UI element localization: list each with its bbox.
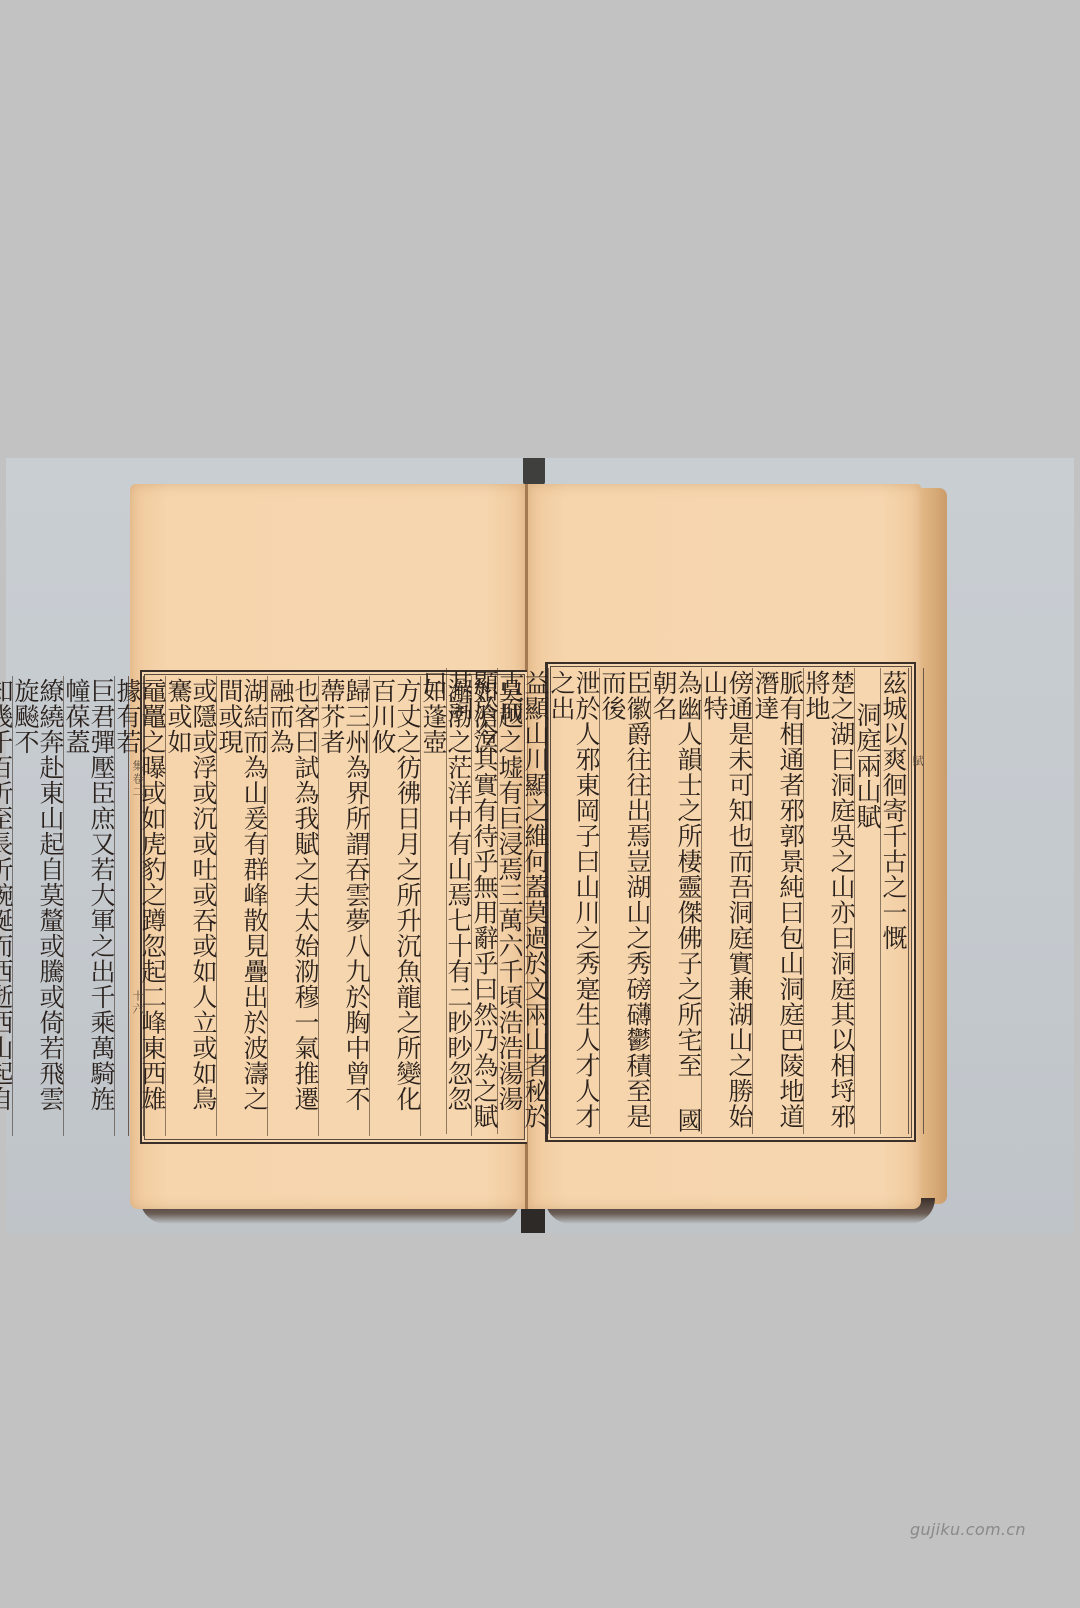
text-column: 黿鼉之曝或如虎豹之蹲忽起二峰東西雄據有若	[114, 676, 165, 1136]
text-column: 楚之湖曰洞庭吳之山亦曰洞庭其以相埒邪將地	[803, 668, 854, 1134]
text-column: 臣徽爵往往出焉豈湖山之秀磅礴鬱積至是而後	[599, 668, 650, 1134]
right-page-center-strip	[908, 668, 924, 1134]
site-watermark: gujiku.com.cn	[910, 1520, 1026, 1539]
text-column: 脈有相通者邪郭景純曰包山洞庭巴陵地道潛達	[752, 668, 803, 1134]
text-column: 曰	[421, 668, 446, 1134]
text-column: 歸三州為界所謂吞雲夢八九於胸中曾不蔕芥者	[318, 676, 369, 1136]
essay-title: 洞庭兩山賦	[854, 668, 880, 1134]
text-column: 或隱或浮或沉或吐或吞或如人立或如鳥騫或如	[165, 676, 216, 1136]
text-column: 益顯山川顯之維何蓋莫過於文兩山者秘於古而	[497, 668, 548, 1134]
text-column: 繚繞奔赴東山起自莫釐或騰或倚若飛雲旋飈不	[12, 676, 63, 1136]
text-column: 傍通是未可知也而吾洞庭實兼湖山之勝始山特	[701, 668, 752, 1134]
bookmark-ribbon-top	[523, 458, 545, 485]
book-fore-edge	[921, 488, 947, 1204]
right-margin-label: 賦	[909, 755, 925, 768]
text-column: 茲城以爽徊寄千古之一慨	[880, 668, 906, 1134]
right-page-text-columns: 茲城以爽徊寄千古之一慨 洞庭兩山賦 楚之湖曰洞庭吳之山亦曰洞庭其以相埒邪將地 脈…	[552, 668, 906, 1134]
text-column: 為幽人韻士之所棲靈傑佛子之所宅至 國朝名	[650, 668, 701, 1134]
text-column: 顯於今其實有待乎無用辭乎曰然乃為之賦其詞	[446, 668, 497, 1134]
text-column: 巨君彈壓臣庶又若大軍之出千乘萬騎旌幢葆蓋	[63, 676, 114, 1136]
text-column: 泄於人邪東岡子曰山川之秀寔生人才人才之出	[548, 668, 599, 1134]
text-column: 湖結而為山爰有群峰散見疊出於波濤之間或現	[216, 676, 267, 1136]
text-column: 方丈之彷彿日月之所升沉魚龍之所變化百川攸	[369, 676, 420, 1136]
text-column: 也客曰試為我賦之夫太始泐穆一氣推遷融而為	[267, 676, 318, 1136]
